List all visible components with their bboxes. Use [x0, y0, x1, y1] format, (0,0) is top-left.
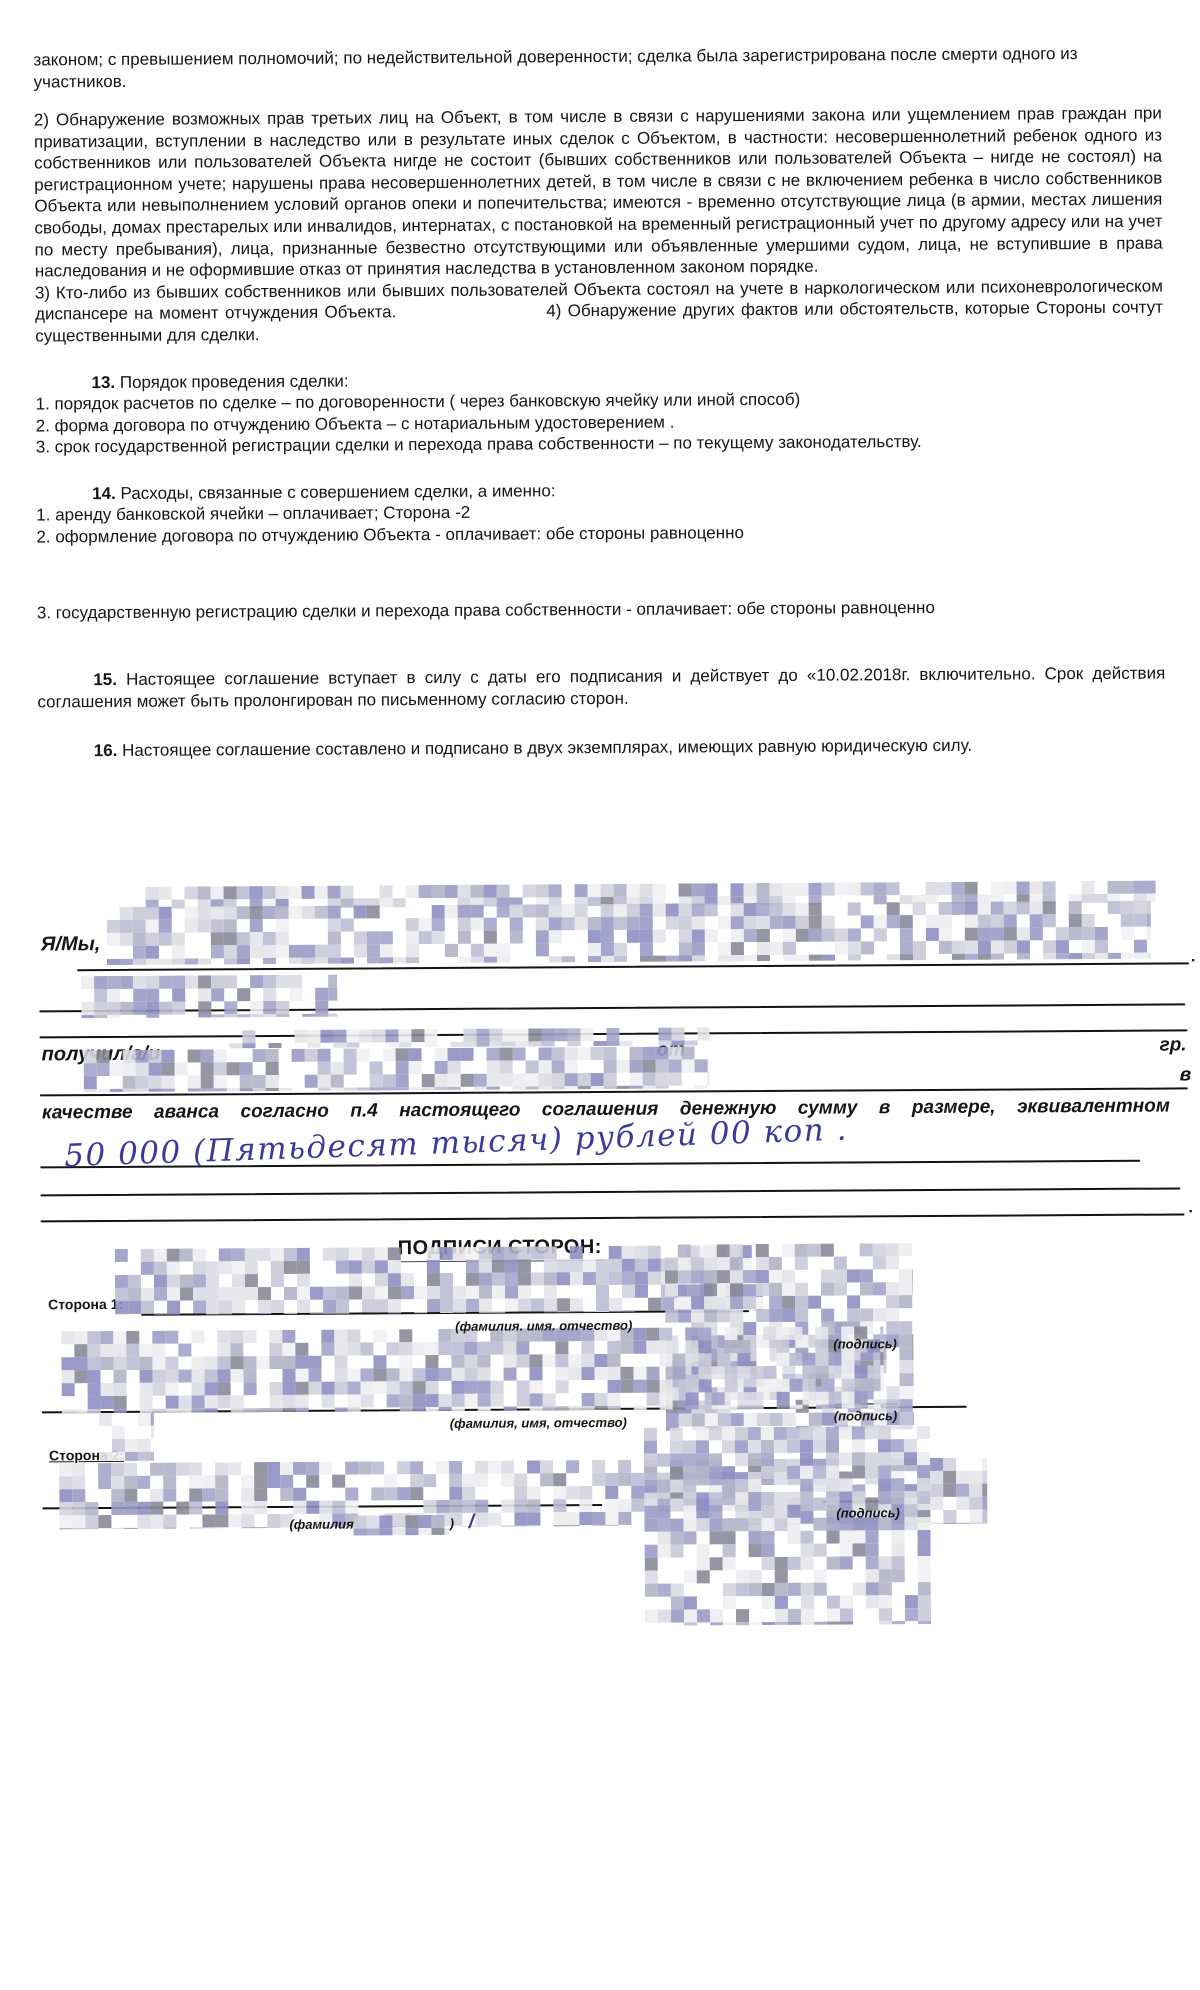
section-16: 16. Настоящее соглашение составлено и по…	[38, 734, 1166, 762]
redacted-handwriting	[61, 1326, 883, 1413]
redacted-signature	[644, 1426, 931, 1626]
me-we-label: Я/Мы,	[41, 933, 101, 956]
clause-3-4: 3) Кто-либо из бывших собственников или …	[35, 275, 1163, 347]
redacted-handwriting	[229, 1027, 709, 1048]
line-end-mark: .	[1188, 1199, 1193, 1217]
line-end-mark: .	[1191, 948, 1196, 966]
redacted-handwriting	[84, 1046, 709, 1092]
section-15-text: Настоящее соглашение вступает в силу с д…	[37, 664, 1165, 711]
party1-label: Сторона 1:	[48, 1296, 123, 1312]
scanned-contract-page: законом; с превышением полномочий; по не…	[0, 0, 1200, 1990]
party2-fio-caption-post: )	[450, 1516, 454, 1531]
party1-sign-caption: (подпись)	[833, 1336, 897, 1351]
clause-2: 2) Обнаружение возможных прав третьих ли…	[34, 103, 1163, 283]
clause-continuation: законом; с превышением полномочий; по не…	[33, 43, 1161, 93]
redacted-handwriting	[99, 1413, 154, 1461]
section-15: 15. Настоящее соглашение вступает в силу…	[37, 663, 1165, 713]
party2-sign-caption: (подпись)	[836, 1505, 900, 1520]
contract-body-text: законом; с превышением полномочий; по не…	[0, 0, 1200, 763]
party2-fio-caption-pre: (фамилия	[289, 1517, 353, 1532]
handwritten-slash: /	[468, 1511, 474, 1533]
section-13-number: 13.	[91, 372, 115, 391]
section-14-number: 14.	[92, 484, 116, 503]
party1-fio-caption-2: (фамилия, имя, отчество)	[450, 1415, 627, 1431]
clause-gap-spacer	[396, 317, 546, 318]
section-13-title: Порядок проведения сделки:	[115, 371, 349, 391]
v-label: в	[1180, 1064, 1192, 1086]
party1-fio-caption: (фамилия. имя. отчество)	[455, 1318, 632, 1334]
blank-line	[40, 1187, 1180, 1196]
citizen-label: гр.	[1159, 1034, 1186, 1056]
section-16-text: Настоящее соглашение составлено и подпис…	[117, 736, 972, 760]
redacted-handwriting	[107, 901, 1151, 965]
blank-line	[41, 1213, 1185, 1222]
section-14-title: Расходы, связанные с совершением сделки,…	[116, 481, 556, 503]
redacted-caption-overlay	[354, 1514, 450, 1535]
party1-sign-caption-2: (подпись)	[834, 1408, 898, 1423]
section-15-number: 15.	[93, 670, 117, 689]
redacted-handwriting	[81, 975, 337, 1019]
party2-fio-caption: (фамилия) /	[289, 1511, 474, 1536]
section-14-item-3: 3. государственную регистрацию сделки и …	[37, 595, 1165, 623]
section-16-number: 16.	[94, 741, 118, 760]
section-14-items: 1. аренду банковской ячейки – оплачивает…	[36, 498, 1164, 548]
section-13-items: 1. порядок расчетов по сделке – по догов…	[36, 387, 1164, 459]
